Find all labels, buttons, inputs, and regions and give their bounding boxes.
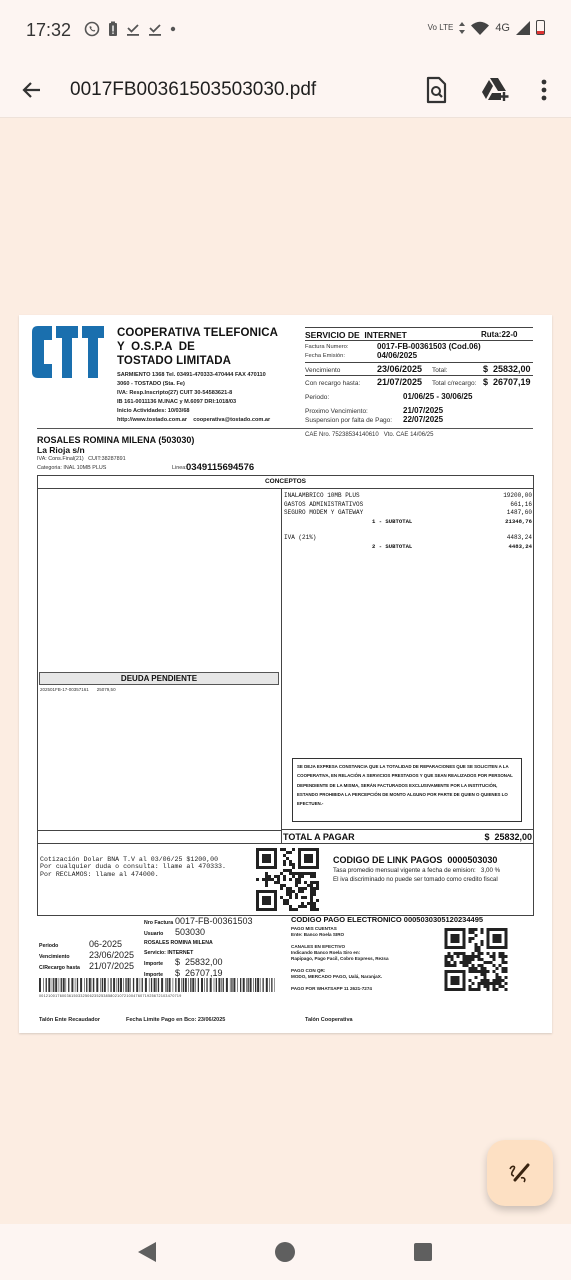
- download-done-icon: [126, 21, 140, 37]
- more-vert-icon: [534, 76, 554, 104]
- status-time: 17:32: [26, 20, 71, 41]
- annotate-button[interactable]: [487, 1140, 553, 1206]
- line-number: 0349115694576: [186, 462, 254, 473]
- 4g-icon: 4G: [495, 22, 510, 34]
- payment-stub-dates: Periodo06-2025 Vencimiento23/06/2025 C/R…: [39, 940, 134, 974]
- list-item: INALAMBRICO 10MB PLUS19200,00: [284, 492, 532, 501]
- battery-low-icon: [536, 20, 545, 35]
- add-to-drive-button[interactable]: [482, 76, 510, 104]
- subtotal-1: 1 - SUBTOTAL21348,76: [284, 518, 532, 527]
- pending-debt-row: 202501FB-17-0035716125079,50: [40, 687, 116, 692]
- payment-deadline: Fecha Limite Pago en Bco: 23/06/2025: [126, 1017, 225, 1023]
- info-box: Cotización Dolar BNA T.V al 03/06/25 $12…: [37, 843, 534, 916]
- find-in-document-icon: [424, 76, 448, 104]
- total-with-surcharge: $ 26707,19: [483, 377, 531, 387]
- talon-coop-label: Talón Cooperativa: [305, 1017, 353, 1023]
- more-options-button[interactable]: [534, 76, 554, 104]
- repairs-notice: SE DEJA EXPRESA CONSTANCIA QUE LA TOTALI…: [292, 758, 522, 822]
- company-name: COOPERATIVA TELEFONICA Y O.S.P.A DE TOST…: [117, 326, 278, 368]
- customer-name: ROSALES ROMINA MILENA (503030): [37, 435, 194, 445]
- cae-number: CAE Nro. 75238534140610 Vto. CAE 14/06/2…: [305, 432, 433, 438]
- concept-items: INALAMBRICO 10MB PLUS19200,00 GASTOS ADM…: [284, 492, 532, 552]
- back-button[interactable]: [20, 78, 46, 104]
- qr-code-icon: [444, 928, 508, 991]
- nav-back-icon[interactable]: [138, 1242, 156, 1262]
- barcode-number: 0012100176003615033250623525385802107210…: [39, 994, 182, 998]
- pending-debt-header: DEUDA PENDIENTE: [39, 672, 279, 685]
- customer-category: Categoria: INAL 10MB PLUS: [37, 465, 106, 471]
- issue-date: 04/06/2025: [377, 351, 417, 360]
- payment-stub-details: Nro Factura0017-FB-00361503 Usuario50303…: [144, 917, 253, 980]
- volte-icon: Vo LTE: [428, 23, 454, 32]
- billing-period: 01/06/25 - 30/06/25: [403, 392, 472, 401]
- find-in-document-button[interactable]: [424, 76, 452, 104]
- status-bar: 17:32 Vo LTE 4G: [0, 0, 571, 62]
- notification-icons: [84, 21, 176, 37]
- battery-alert-icon: [108, 21, 118, 37]
- total-to-pay: TOTAL A PAGAR$ 25832,00: [281, 829, 534, 844]
- data-arrows-icon: [459, 22, 465, 34]
- payment-channels: PAGO MIS CUENTAS Ente: Banco Roela SIRO …: [291, 926, 389, 992]
- app-bar: 0017FB00361503503030.pdf: [0, 62, 571, 118]
- total-amount: $ 25832,00: [483, 364, 531, 374]
- due-date: 23/06/2025: [377, 364, 422, 374]
- surcharge-date: 21/07/2025: [377, 377, 422, 387]
- contact-notes: Cotización Dolar BNA T.V al 03/06/25 $12…: [40, 856, 226, 878]
- barcode-icon: [39, 978, 275, 992]
- next-due-date: 21/07/2025: [403, 406, 443, 415]
- system-icons: Vo LTE 4G: [428, 20, 545, 35]
- talon-ente-label: Talón Ente Recaudador: [39, 1017, 100, 1023]
- link-pagos-info: Tasa promedio mensual vigente a fecha de…: [333, 866, 500, 884]
- ctt-logo-icon: [32, 326, 104, 378]
- add-to-drive-icon: [482, 76, 510, 102]
- document-title: 0017FB00361503503030.pdf: [70, 79, 316, 101]
- dot-icon: [170, 26, 176, 32]
- navigation-bar: [0, 1224, 571, 1280]
- list-item: IVA (21%)4483,24: [284, 534, 532, 543]
- divider: [37, 428, 533, 429]
- list-item: SEGURO MODEM Y GATEWAY1487,60: [284, 509, 532, 518]
- signal-icon: [516, 21, 530, 35]
- customer-address: La Rioja s/n: [37, 445, 85, 455]
- qr-code-icon: [256, 848, 319, 911]
- pdf-page[interactable]: COOPERATIVA TELEFONICA Y O.S.P.A DE TOST…: [19, 315, 552, 1033]
- download-done-icon: [148, 21, 162, 37]
- invoice-number: 0017-FB-00361503 (Cod.06): [377, 342, 481, 351]
- link-pagos-code: CODIGO DE LINK PAGOS 0000503030: [333, 855, 497, 865]
- nav-home-icon[interactable]: [275, 1242, 295, 1262]
- suspension-date: 22/07/2025: [403, 415, 443, 424]
- concepts-header: CONCEPTOS: [38, 476, 533, 489]
- draw-annotate-icon: [507, 1160, 533, 1186]
- whatsapp-icon: [84, 21, 100, 37]
- wifi-icon: [471, 21, 489, 35]
- invoice-header: SERVICIO DE INTERNET Ruta:22-0 Factura N…: [305, 327, 533, 427]
- list-item: GASTOS ADMINISTRATIVOS661,16: [284, 501, 532, 510]
- electronic-payment-code: CODIGO PAGO ELECTRONICO 0005030305120234…: [291, 915, 483, 924]
- company-info: SARMIENTO 1368 Tel. 03491-470333-470444 …: [117, 371, 270, 425]
- subtotal-2: 2 - SUBTOTAL4483,24: [284, 543, 532, 552]
- arrow-back-icon: [20, 78, 44, 102]
- route: Ruta:22-0: [481, 330, 517, 339]
- customer-iva: IVA: Cons.Final(21) CUIT:38287891: [37, 456, 126, 462]
- service-type: SERVICIO DE INTERNET: [305, 330, 407, 340]
- concepts-box: CONCEPTOS DEUDA PENDIENTE 202501FB-17-00…: [37, 475, 534, 844]
- nav-recents-icon[interactable]: [414, 1243, 432, 1261]
